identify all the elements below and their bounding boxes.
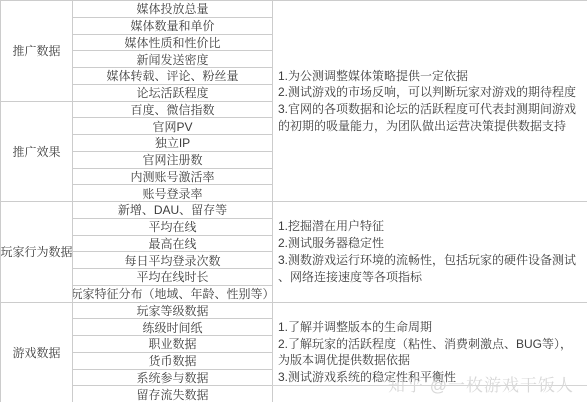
category-cell-promotion-effect: 推广效果 xyxy=(1,102,73,203)
metric-cell: 玩家特征分布（地域、年龄、性别等） xyxy=(73,286,273,303)
metric-cell: 内测账号激活率 xyxy=(73,169,273,186)
description-line: 、网络连接速度等各项指标 xyxy=(278,269,422,286)
metric-cell: 官网注册数 xyxy=(73,152,273,169)
metric-cell: 平均在线 xyxy=(73,219,273,236)
metric-cell: 媒体投放总量 xyxy=(73,1,273,18)
description-line: 3.测试游戏系统的稳定性和平衡性 xyxy=(278,369,456,386)
category-cell-promotion-data: 推广数据 xyxy=(1,1,73,102)
metric-cell: 玩家等级数据 xyxy=(73,303,273,320)
description-cell-game-data: 1.了解并调整版本的生命周期 2.了解玩家的活跃程度（粘性、消费刺激点、BUG等… xyxy=(273,303,587,402)
metric-cell: 系统参与数据 xyxy=(73,370,273,387)
description-line: 1.为公测调整媒体策略提供一定依据 xyxy=(278,68,468,85)
metric-cell: 每日平均登录次数 xyxy=(73,252,273,269)
category-cell-game-data: 游戏数据 xyxy=(1,303,73,402)
metric-cell: 职业数据 xyxy=(73,336,273,353)
metric-cell: 论坛活跃程度 xyxy=(73,85,273,102)
metric-cell: 练级时间纸 xyxy=(73,319,273,336)
metric-cell: 媒体转载、评论、粉丝量 xyxy=(73,68,273,85)
description-line: 1.挖掘潜在用户特征 xyxy=(278,218,384,235)
description-line: 3.测数游戏运行环境的流畅性，包括玩家的硬件设备测试 xyxy=(278,252,576,269)
description-line: 的初期的吸量能力，为团队做出运营决策提供数据支持 xyxy=(278,118,566,135)
description-line: 1.了解并调整版本的生命周期 xyxy=(278,319,432,336)
data-table: 推广数据 推广效果 玩家行为数据 游戏数据 媒体投放总量 媒体数量和单价 媒体性… xyxy=(0,0,587,402)
metric-cell: 独立IP xyxy=(73,135,273,152)
description-line: 为版本调优提供数据依据 xyxy=(278,352,410,369)
metric-cell: 平均在线时长 xyxy=(73,269,273,286)
metric-cell: 百度、微信指数 xyxy=(73,102,273,119)
metric-cell: 货币数据 xyxy=(73,353,273,370)
description-line: 2.测试服务器稳定性 xyxy=(278,235,384,252)
metric-cell: 新闻发送密度 xyxy=(73,51,273,68)
metric-cell: 官网PV xyxy=(73,118,273,135)
table-screenshot: 推广数据 推广效果 玩家行为数据 游戏数据 媒体投放总量 媒体数量和单价 媒体性… xyxy=(0,0,587,402)
metric-cell: 媒体性质和性价比 xyxy=(73,35,273,52)
description-line: 2.测试游戏的市场反响，可以判断玩家对游戏的期待程度 xyxy=(278,84,576,101)
category-cell-player-behavior: 玩家行为数据 xyxy=(1,202,73,303)
description-cell-promotion: 1.为公测调整媒体策略提供一定依据 2.测试游戏的市场反响，可以判断玩家对游戏的… xyxy=(273,1,587,202)
metric-cell: 新增、DAU、留存等 xyxy=(73,202,273,219)
gridline xyxy=(272,385,587,386)
description-line: 2.了解玩家的活跃程度（粘性、消费刺激点、BUG等）， xyxy=(278,336,572,353)
metric-cell: 留存流失数据 xyxy=(73,386,273,402)
description-line: 3.官网的各项数据和论坛的活跃程度可代表封测期间游戏 xyxy=(278,101,576,118)
metric-cell: 最高在线 xyxy=(73,236,273,253)
description-cell-player-behavior: 1.挖掘潜在用户特征 2.测试服务器稳定性 3.测数游戏运行环境的流畅性，包括玩… xyxy=(273,202,587,303)
metric-cell: 媒体数量和单价 xyxy=(73,18,273,35)
metric-cell: 账号登录率 xyxy=(73,185,273,202)
